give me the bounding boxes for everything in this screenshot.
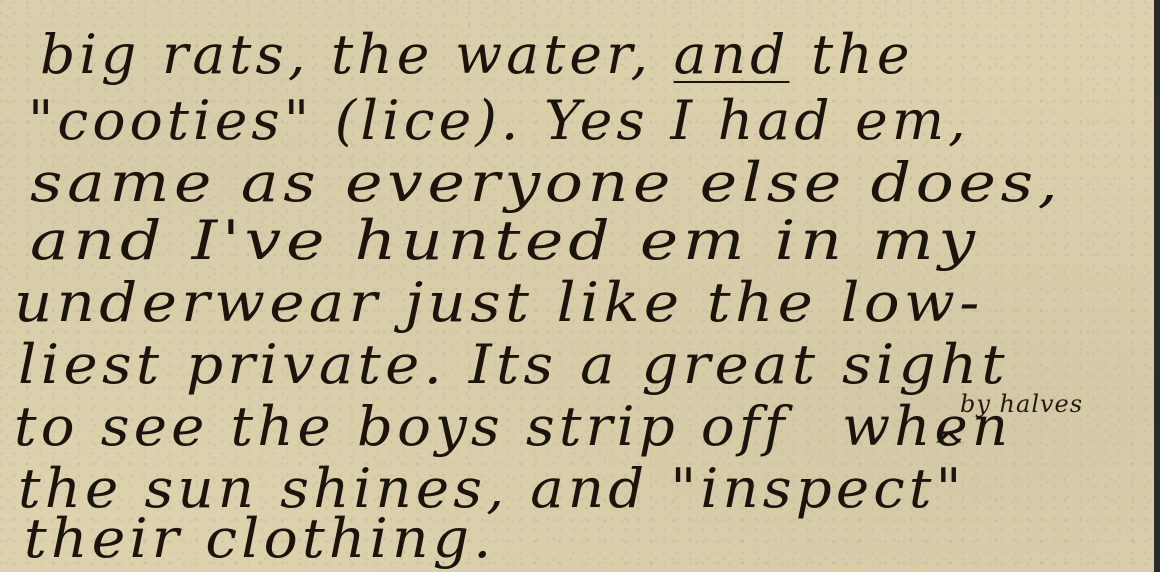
underlined-word-and: and bbox=[674, 23, 790, 86]
text-line-2: "cooties" (lice). Yes I had em, bbox=[28, 94, 970, 148]
scan-edge-border bbox=[1154, 0, 1160, 572]
text-line-5: underwear just like the low- bbox=[14, 276, 984, 330]
line-7-main: to see the boys strip off bbox=[14, 395, 789, 458]
text-line-9: their clothing. bbox=[24, 512, 495, 566]
text-line-1: big rats, the water, and the bbox=[40, 28, 914, 82]
interlinear-insertion: by halves bbox=[960, 390, 1083, 418]
text-line-3: same as everyone else does, bbox=[30, 156, 1062, 210]
text-line-4: and I've hunted em in my bbox=[30, 214, 980, 268]
letter-page: big rats, the water, and the "cooties" (… bbox=[0, 0, 1154, 572]
line-1-after: the bbox=[789, 23, 913, 86]
text-line-7: to see the boys strip off when bbox=[14, 400, 1012, 454]
text-line-6: liest private. Its a great sight bbox=[18, 338, 1009, 392]
line-1-before: big rats, the water, bbox=[40, 23, 674, 86]
